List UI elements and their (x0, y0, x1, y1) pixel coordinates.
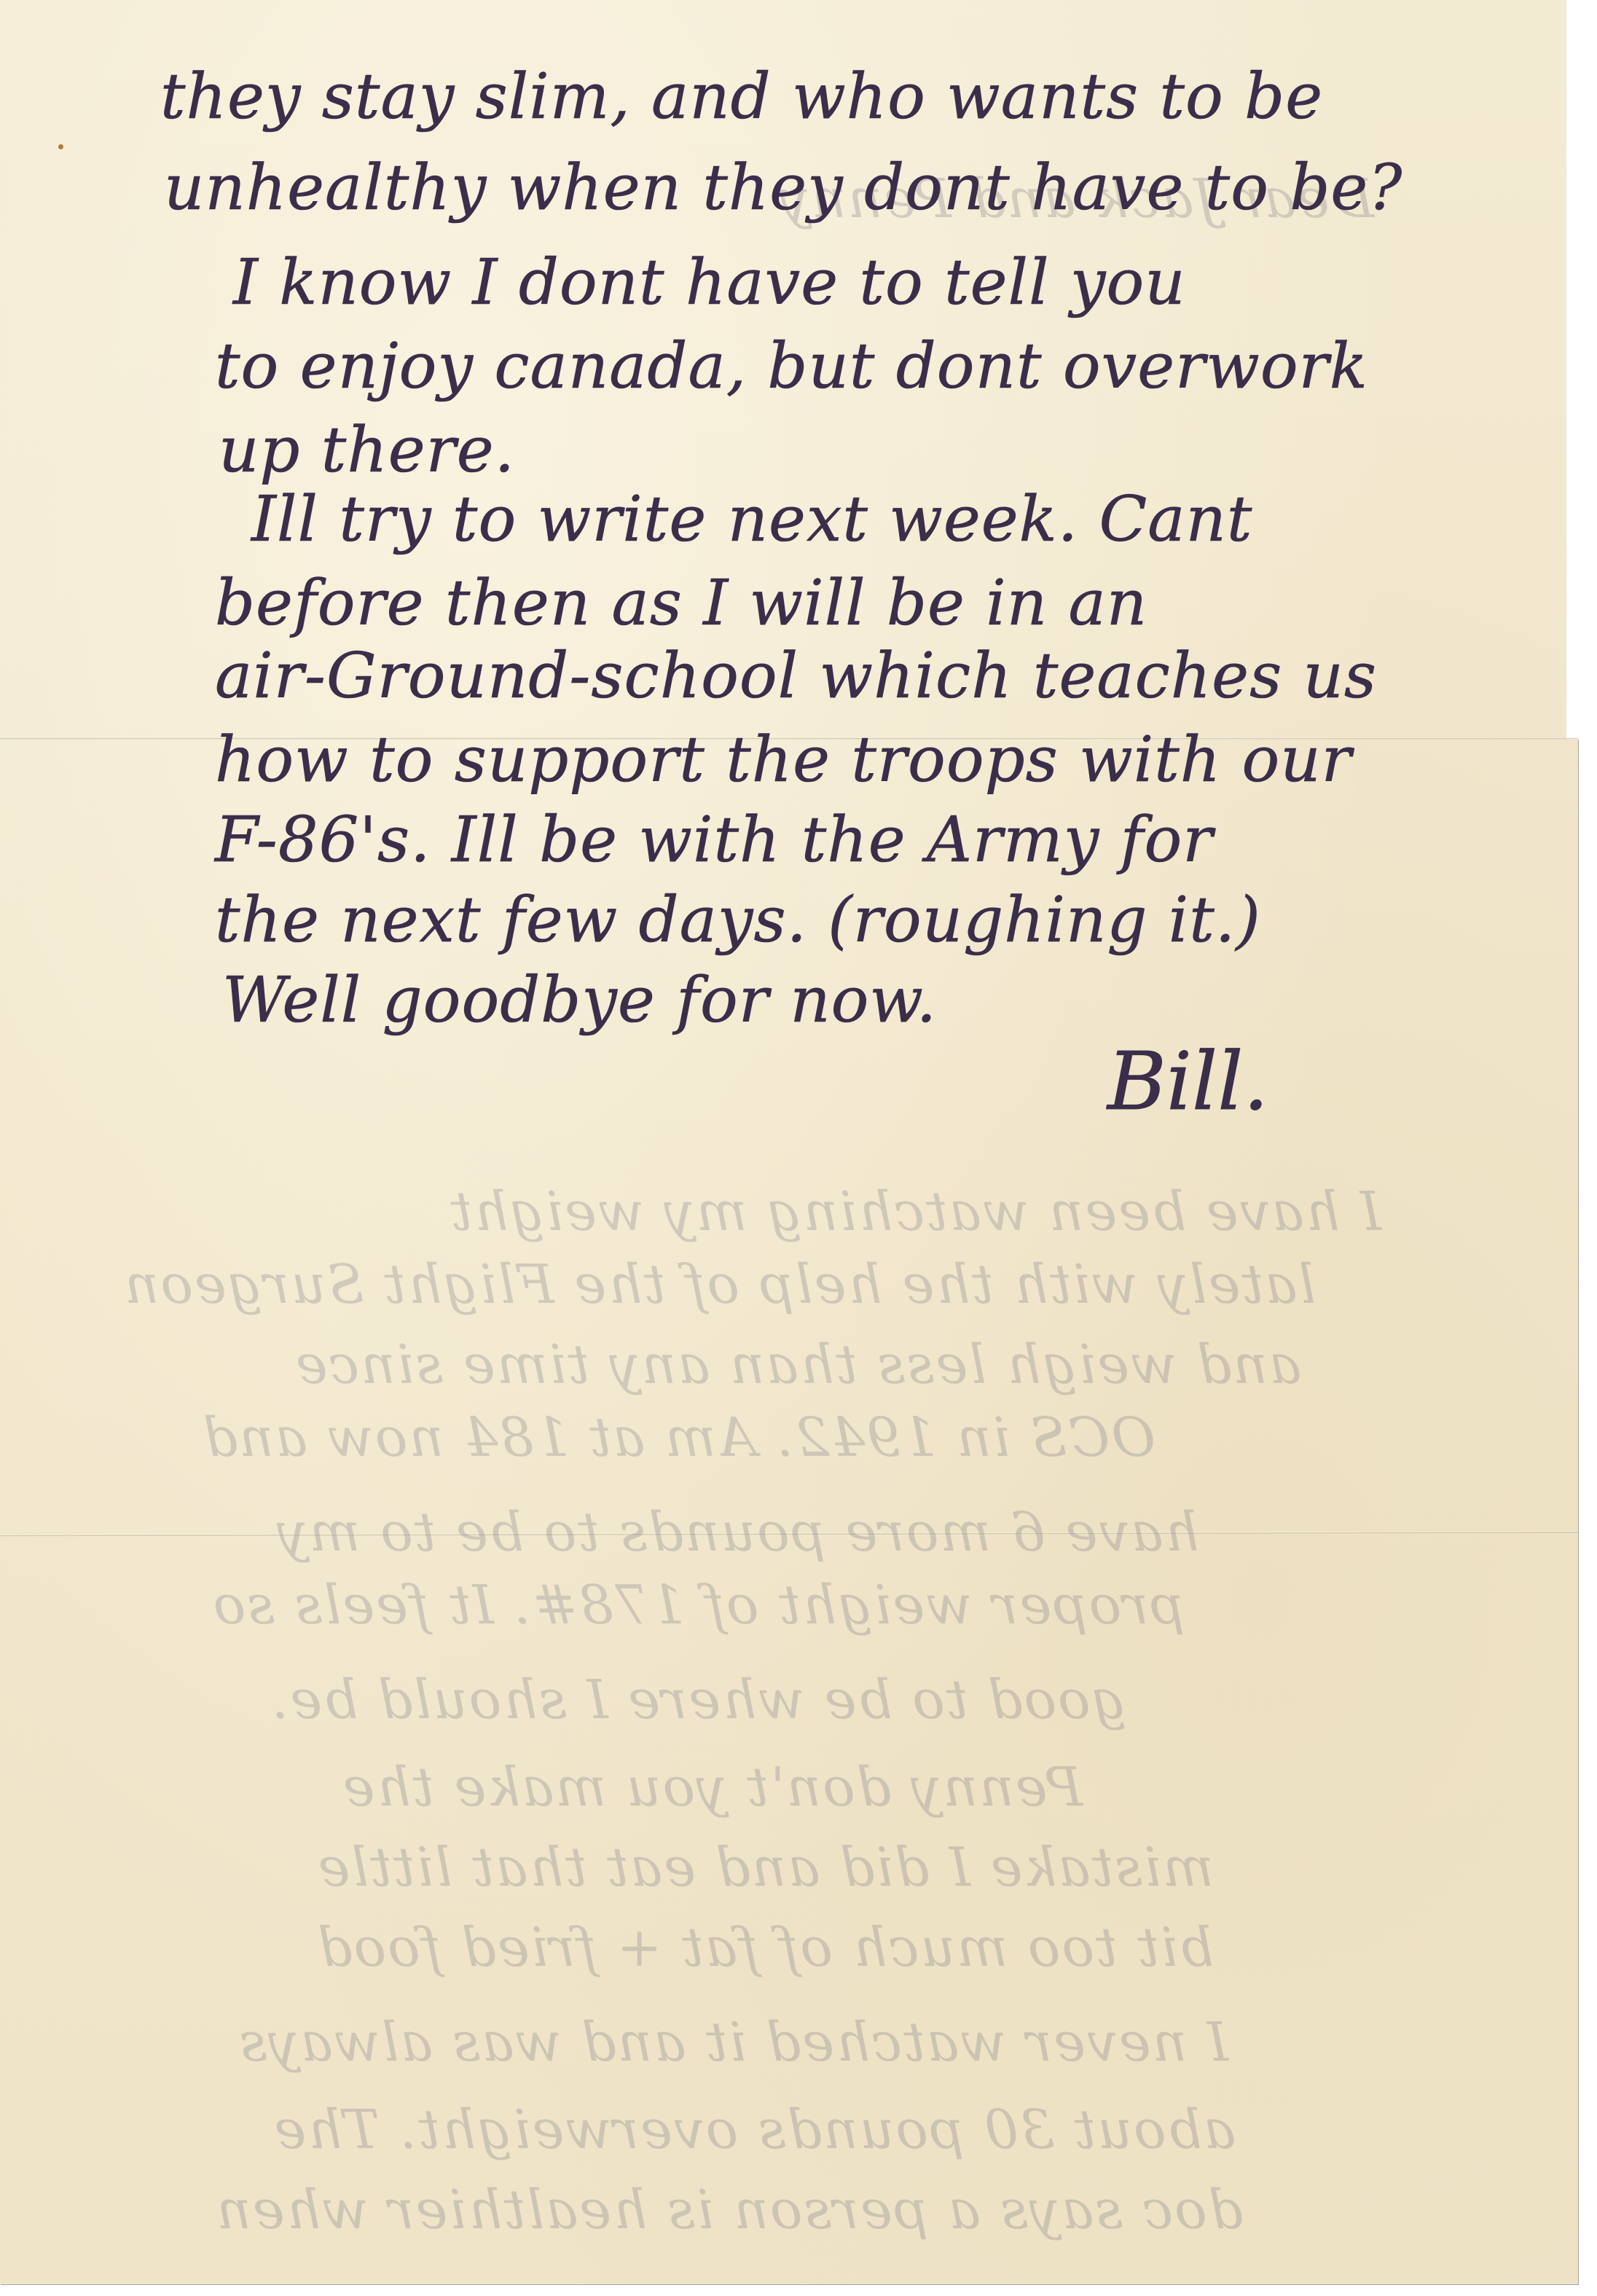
letter-line: Ill try to write next week. Cant (251, 488, 1253, 551)
signature: Bill. (1107, 1035, 1268, 1128)
letter-line: I know I dont have to tell you (233, 251, 1186, 314)
letter-line: the next few days. (roughing it.) (215, 889, 1261, 952)
letter-line: F-86's. Ill be with the Army for (215, 809, 1213, 871)
letter-line: they stay slim, and who wants to be (160, 66, 1323, 128)
letter-line: up there. (219, 419, 515, 482)
letter-line: to enjoy canada, but dont overwork (215, 335, 1368, 398)
letter-line: unhealthy when they dont have to be? (164, 157, 1402, 219)
letter-line: before then as I will be in an (215, 572, 1147, 635)
letter-line: air-Ground-school which teaches us (215, 645, 1377, 708)
letter-line: how to support the troops with our (215, 729, 1352, 791)
letter-body: they stay slim, and who wants to be unhe… (0, 0, 1578, 2284)
letter-line: Well goodbye for now. (222, 969, 937, 1032)
